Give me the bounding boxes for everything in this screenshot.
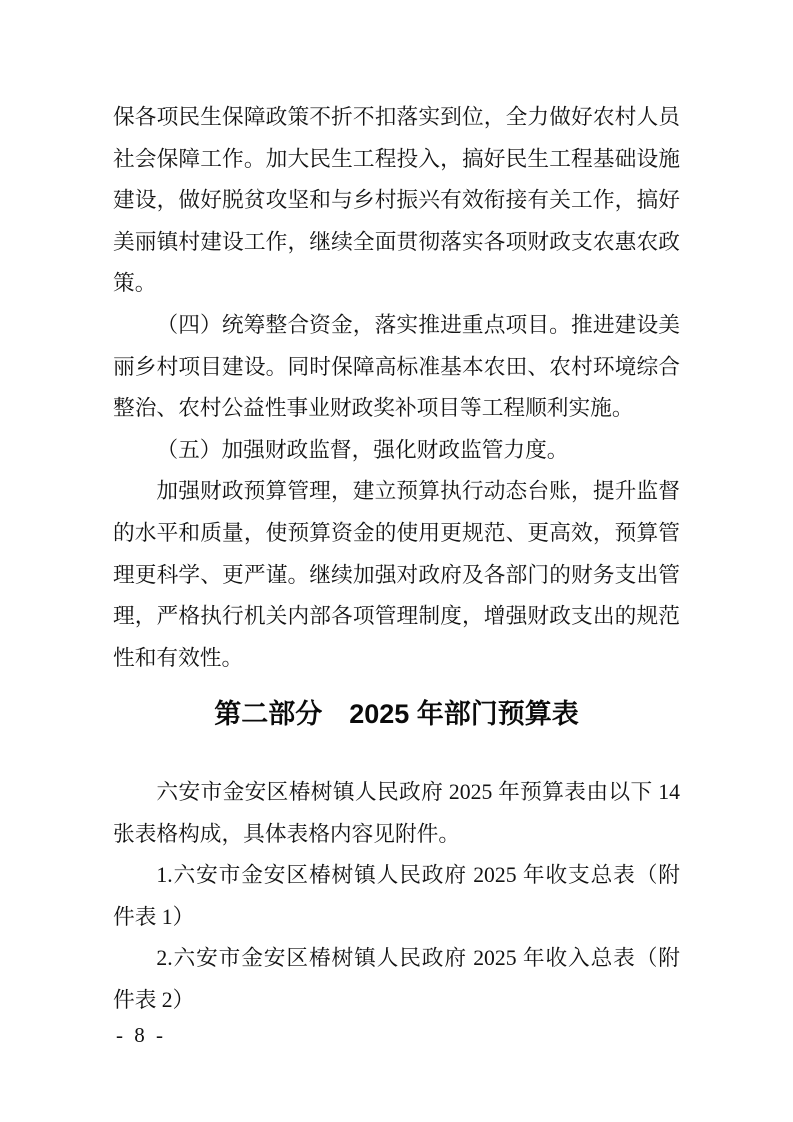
paragraph-item-four: （四）统筹整合资金，落实推进重点项目。推进建设美丽乡村项目建设。同时保障高标准基…: [113, 305, 680, 430]
paragraph-budget-management: 加强财政预算管理，建立预算执行动态台账，提升监督的水平和质量，使预算资金的使用更…: [113, 471, 680, 679]
list-item-table-2: 2.六安市金安区椿树镇人民政府 2025 年收入总表（附件表 2）: [113, 938, 680, 1021]
paragraph-item-five: （五）加强财政监督，强化财政监管力度。: [113, 430, 680, 472]
body-section-2: 六安市金安区椿树镇人民政府 2025 年预算表由以下 14 张表格构成，具体表格…: [113, 772, 680, 1022]
body-section-1: 保各项民生保障政策不折不扣落实到位，全力做好农村人员社会保障工作。加大民生工程投…: [113, 97, 680, 679]
page-content: 保各项民生保障政策不折不扣落实到位，全力做好农村人员社会保障工作。加大民生工程投…: [113, 97, 680, 1021]
paragraph-tables-intro: 六安市金安区椿树镇人民政府 2025 年预算表由以下 14 张表格构成，具体表格…: [113, 772, 680, 855]
page-number: - 8 -: [116, 1022, 166, 1048]
section-heading: 第二部分 2025 年部门预算表: [113, 694, 680, 736]
list-item-table-1: 1.六安市金安区椿树镇人民政府 2025 年收支总表（附件表 1）: [113, 855, 680, 938]
paragraph-continuation: 保各项民生保障政策不折不扣落实到位，全力做好农村人员社会保障工作。加大民生工程投…: [113, 97, 680, 305]
document-page: 保各项民生保障政策不折不扣落实到位，全力做好农村人员社会保障工作。加大民生工程投…: [0, 0, 793, 1122]
